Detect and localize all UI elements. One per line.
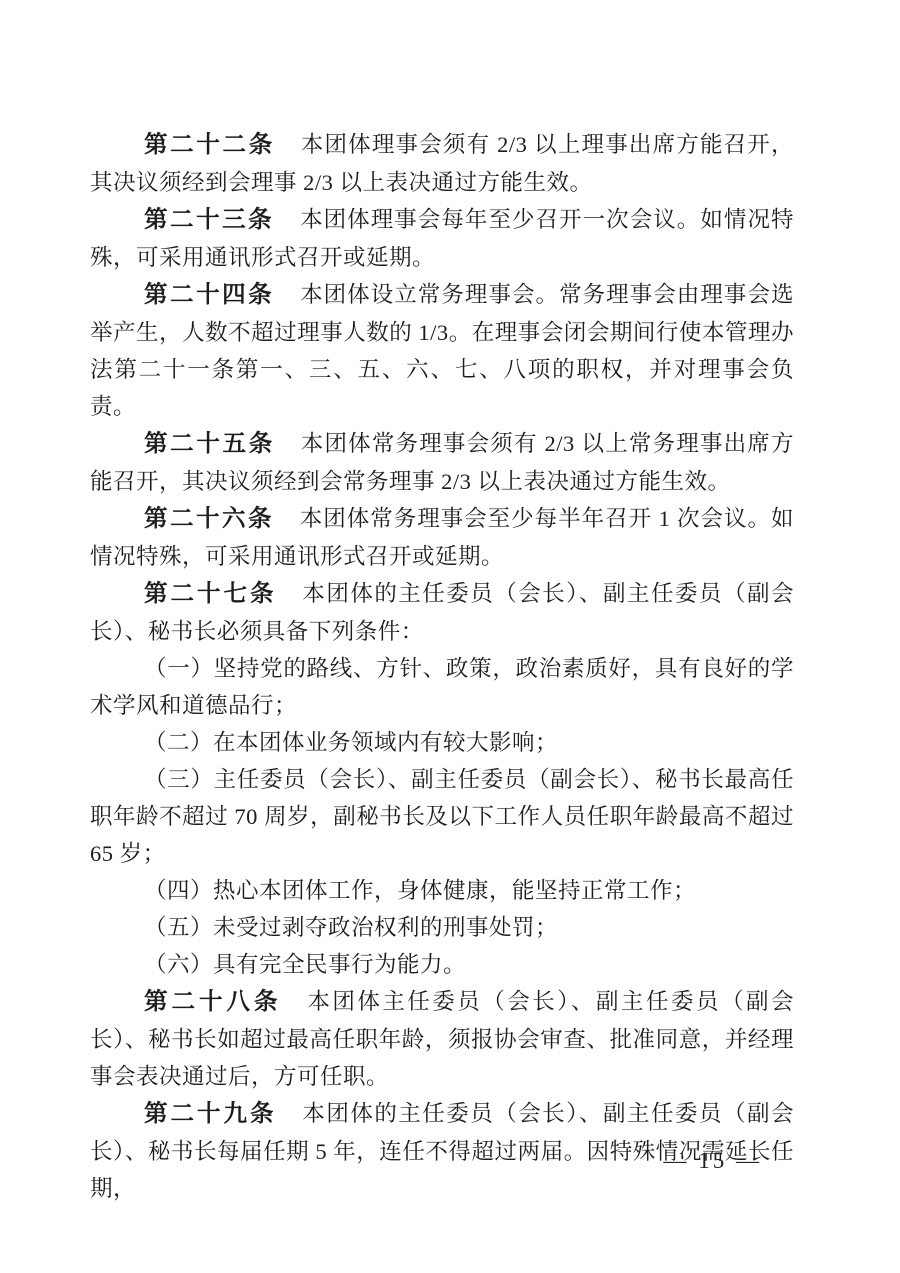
page-number: — 15 — xyxy=(664,1148,763,1174)
article-number: 第二十四条 xyxy=(144,282,274,308)
article-paragraph: 第二十七条本团体的主任委员（会长）、副主任委员（副会长）、秘书长必须具备下列条件… xyxy=(90,575,794,650)
document-body: 第二十二条本团体理事会须有 2/3 以上理事出席方能召开，其决议须经到会理事 2… xyxy=(90,126,794,1207)
article-paragraph: 第二十二条本团体理事会须有 2/3 以上理事出席方能召开，其决议须经到会理事 2… xyxy=(90,126,794,201)
article-paragraph: 第二十五条本团体常务理事会须有 2/3 以上常务理事出席方能召开，其决议须经到会… xyxy=(90,425,794,500)
article-text: （六）具有完全民事行为能力。 xyxy=(144,952,466,977)
article-number: 第二十六条 xyxy=(144,506,274,532)
article-text: （三）主任委员（会长）、副主任委员（副会长）、秘书长最高任职年龄不超过 70 周… xyxy=(90,767,794,866)
condition-list-item: （四）热心本团体工作，身体健康，能坚持正常工作； xyxy=(90,872,794,909)
condition-list-item: （二）在本团体业务领域内有较大影响； xyxy=(90,724,794,761)
article-paragraph: 第二十六条本团体常务理事会至少每半年召开 1 次会议。如情况特殊，可采用通讯形式… xyxy=(90,500,794,575)
article-text: （四）热心本团体工作，身体健康，能坚持正常工作； xyxy=(144,878,696,903)
condition-list-item: （三）主任委员（会长）、副主任委员（副会长）、秘书长最高任职年龄不超过 70 周… xyxy=(90,761,794,872)
article-text: （一）坚持党的路线、方针、政策，政治素质好，具有良好的学术学风和道德品行； xyxy=(90,656,794,718)
article-number: 第二十三条 xyxy=(144,207,274,233)
condition-list-item: （六）具有完全民事行为能力。 xyxy=(90,946,794,983)
article-paragraph: 第二十四条本团体设立常务理事会。常务理事会由理事会选举产生，人数不超过理事人数的… xyxy=(90,276,794,425)
document-page: 第二十二条本团体理事会须有 2/3 以上理事出席方能召开，其决议须经到会理事 2… xyxy=(0,0,900,1273)
article-text: （二）在本团体业务领域内有较大影响； xyxy=(144,730,558,755)
article-number: 第二十九条 xyxy=(144,1101,276,1127)
article-number: 第二十七条 xyxy=(144,581,276,607)
article-number: 第二十八条 xyxy=(144,989,281,1015)
condition-list-item: （五）未受过剥夺政治权利的刑事处罚； xyxy=(90,909,794,946)
article-paragraph: 第二十三条本团体理事会每年至少召开一次会议。如情况特殊，可采用通讯形式召开或延期… xyxy=(90,201,794,276)
article-number: 第二十五条 xyxy=(144,431,275,457)
condition-list-item: （一）坚持党的路线、方针、政策，政治素质好，具有良好的学术学风和道德品行； xyxy=(90,650,794,724)
article-number: 第二十二条 xyxy=(144,132,275,158)
article-text: （五）未受过剥夺政治权利的刑事处罚； xyxy=(144,915,558,940)
article-paragraph: 第二十八条本团体主任委员（会长）、副主任委员（副会长）、秘书长如超过最高任职年龄… xyxy=(90,983,794,1095)
